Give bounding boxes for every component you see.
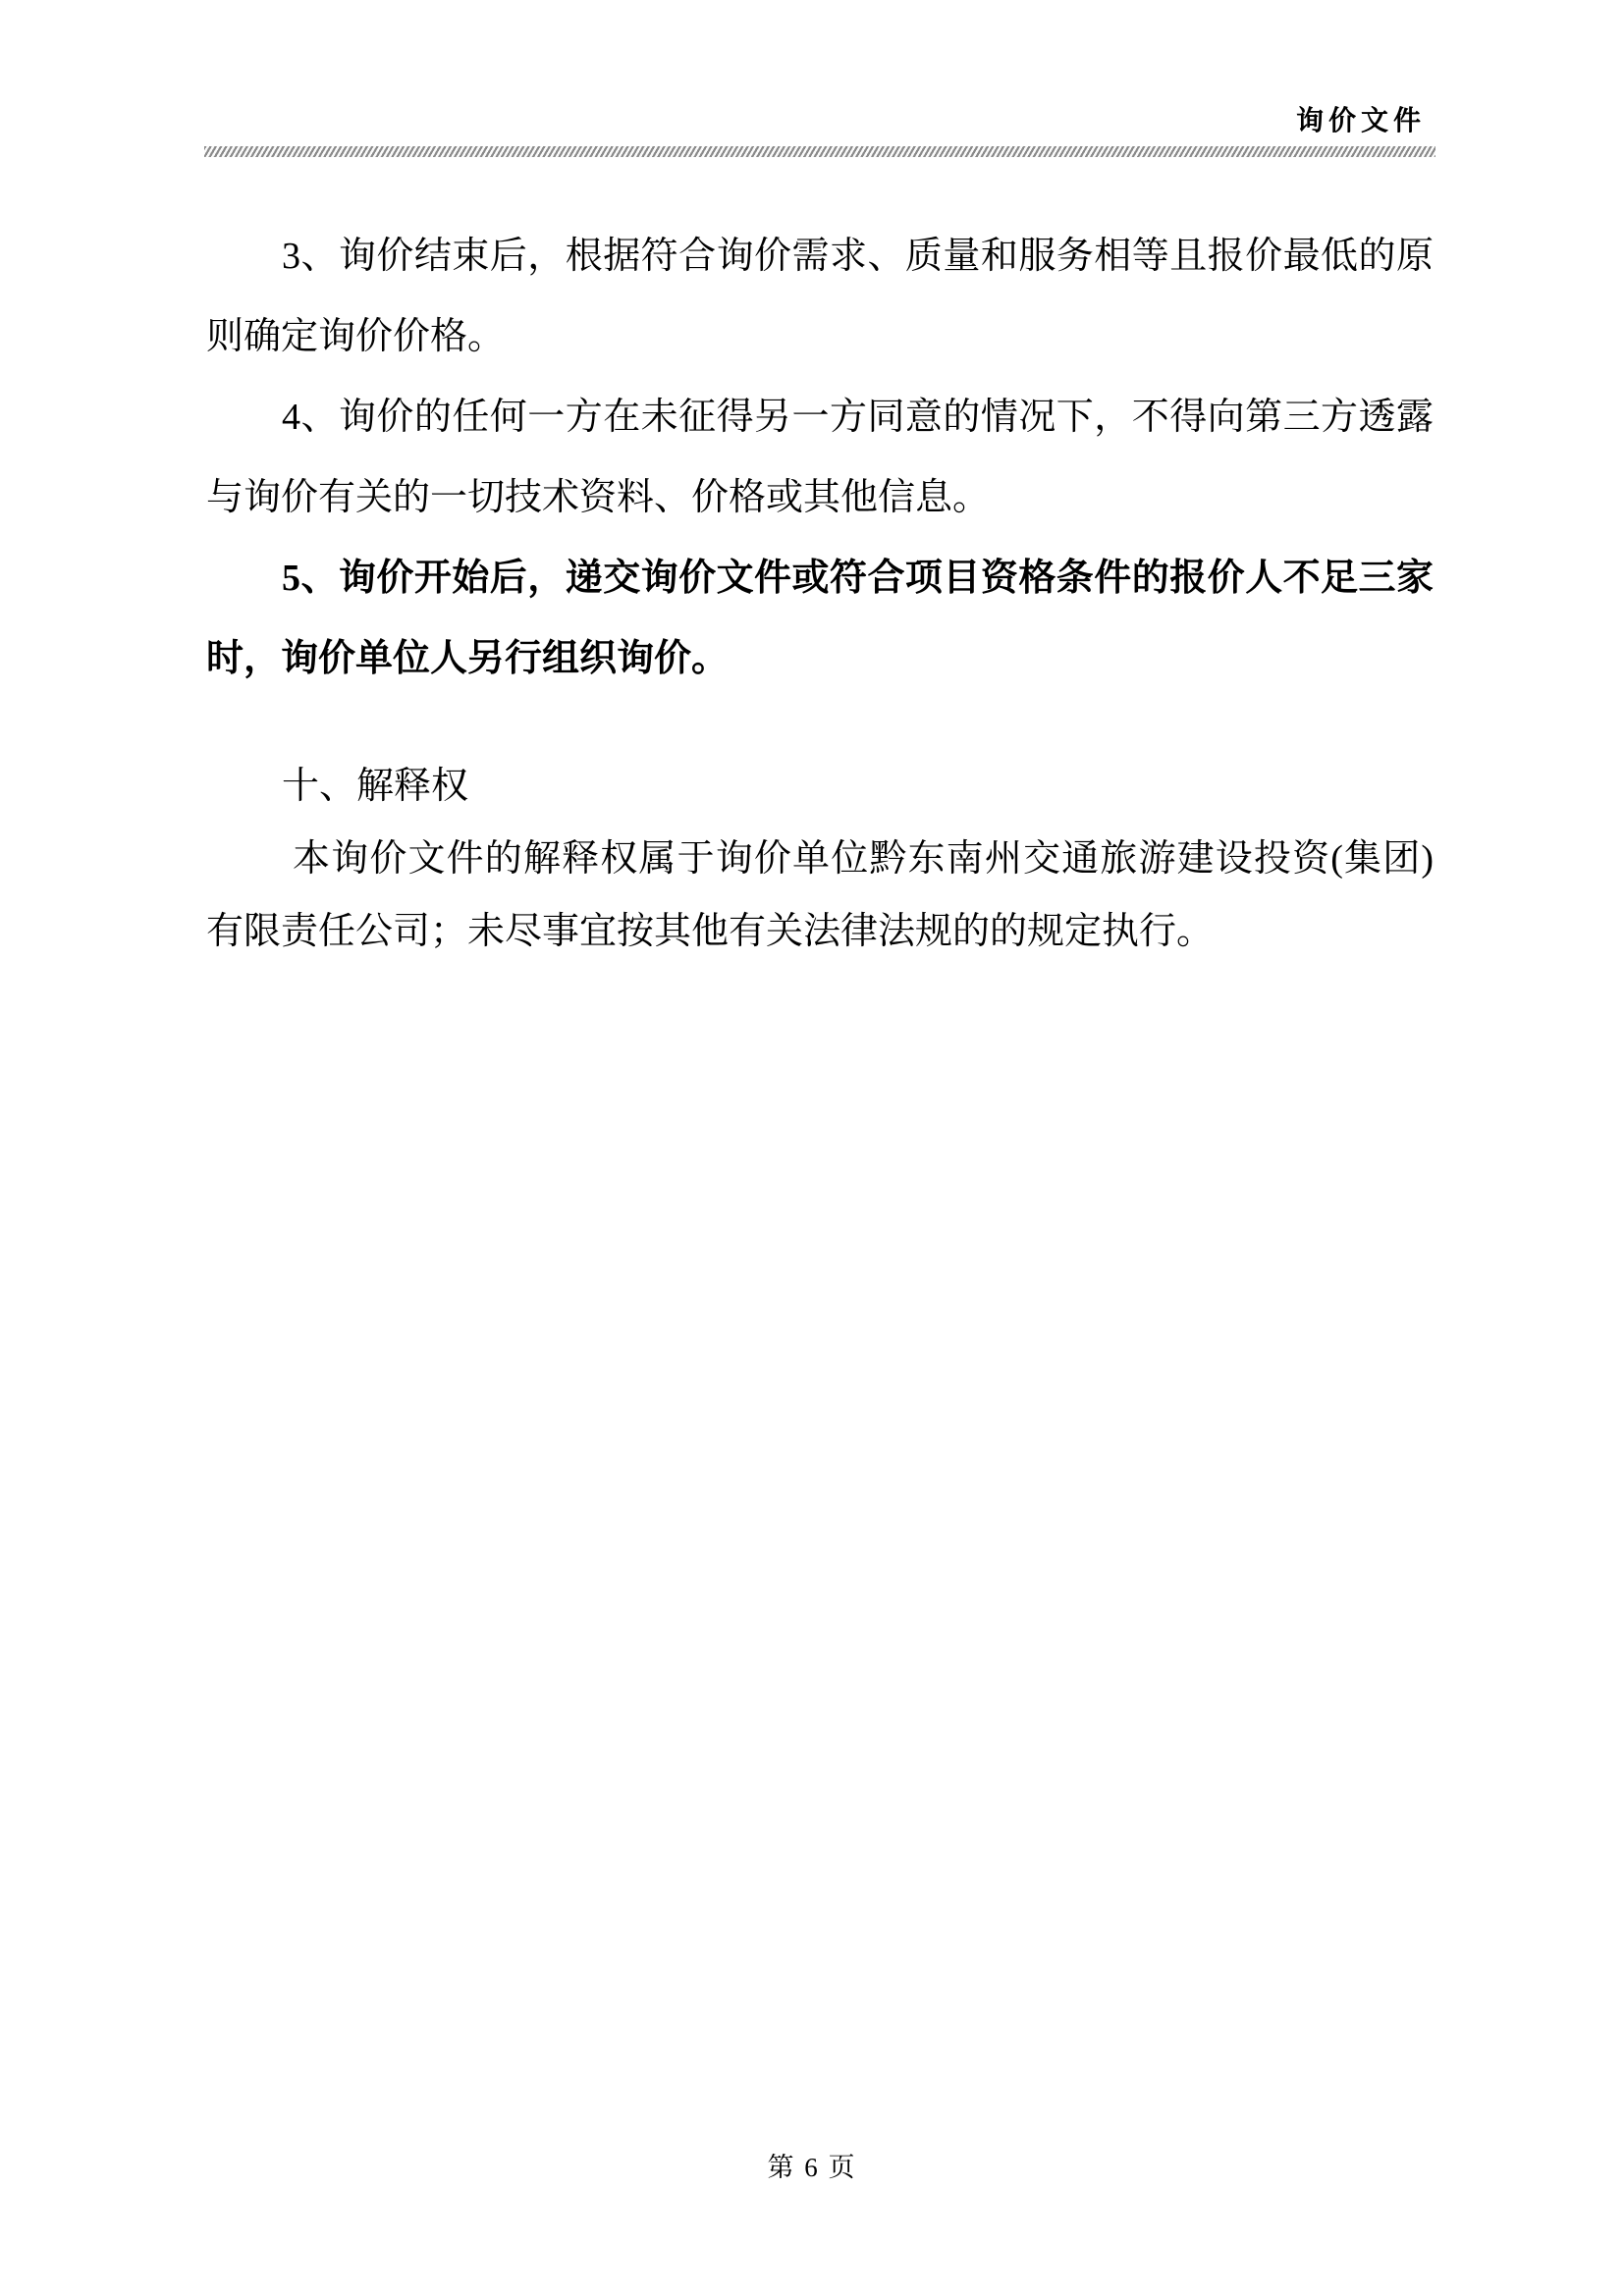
document-body: 3、询价结束后，根据符合询价需求、质量和服务相等且报价最低的原则确定询价价格。 …: [206, 157, 1434, 968]
section-heading-interpretation-right: 十、解释权: [206, 750, 1434, 823]
page-header-title: 询价文件: [1296, 99, 1426, 138]
paragraph-5: 5、询价开始后，递交询价文件或符合项目资格条件的报价人不足三家时，询价单位人另行…: [206, 538, 1434, 699]
paragraph-interpretation: 本询价文件的解释权属于询价单位黔东南州交通旅游建设投资(集团)有限责任公司；未尽…: [206, 823, 1434, 968]
paragraph-3: 3、询价结束后，根据符合询价需求、质量和服务相等且报价最低的原则确定询价价格。: [206, 216, 1434, 377]
paragraph-4: 4、询价的任何一方在未征得另一方同意的情况下，不得向第三方透露与询价有关的一切技…: [206, 377, 1434, 538]
page-number-footer: 第 6 页: [0, 2146, 1624, 2184]
header-hatch-rule: [204, 146, 1435, 157]
document-page: 询价文件 3、询价结束后，根据符合询价需求、质量和服务相等且报价最低的原则确定询…: [0, 0, 1624, 2296]
